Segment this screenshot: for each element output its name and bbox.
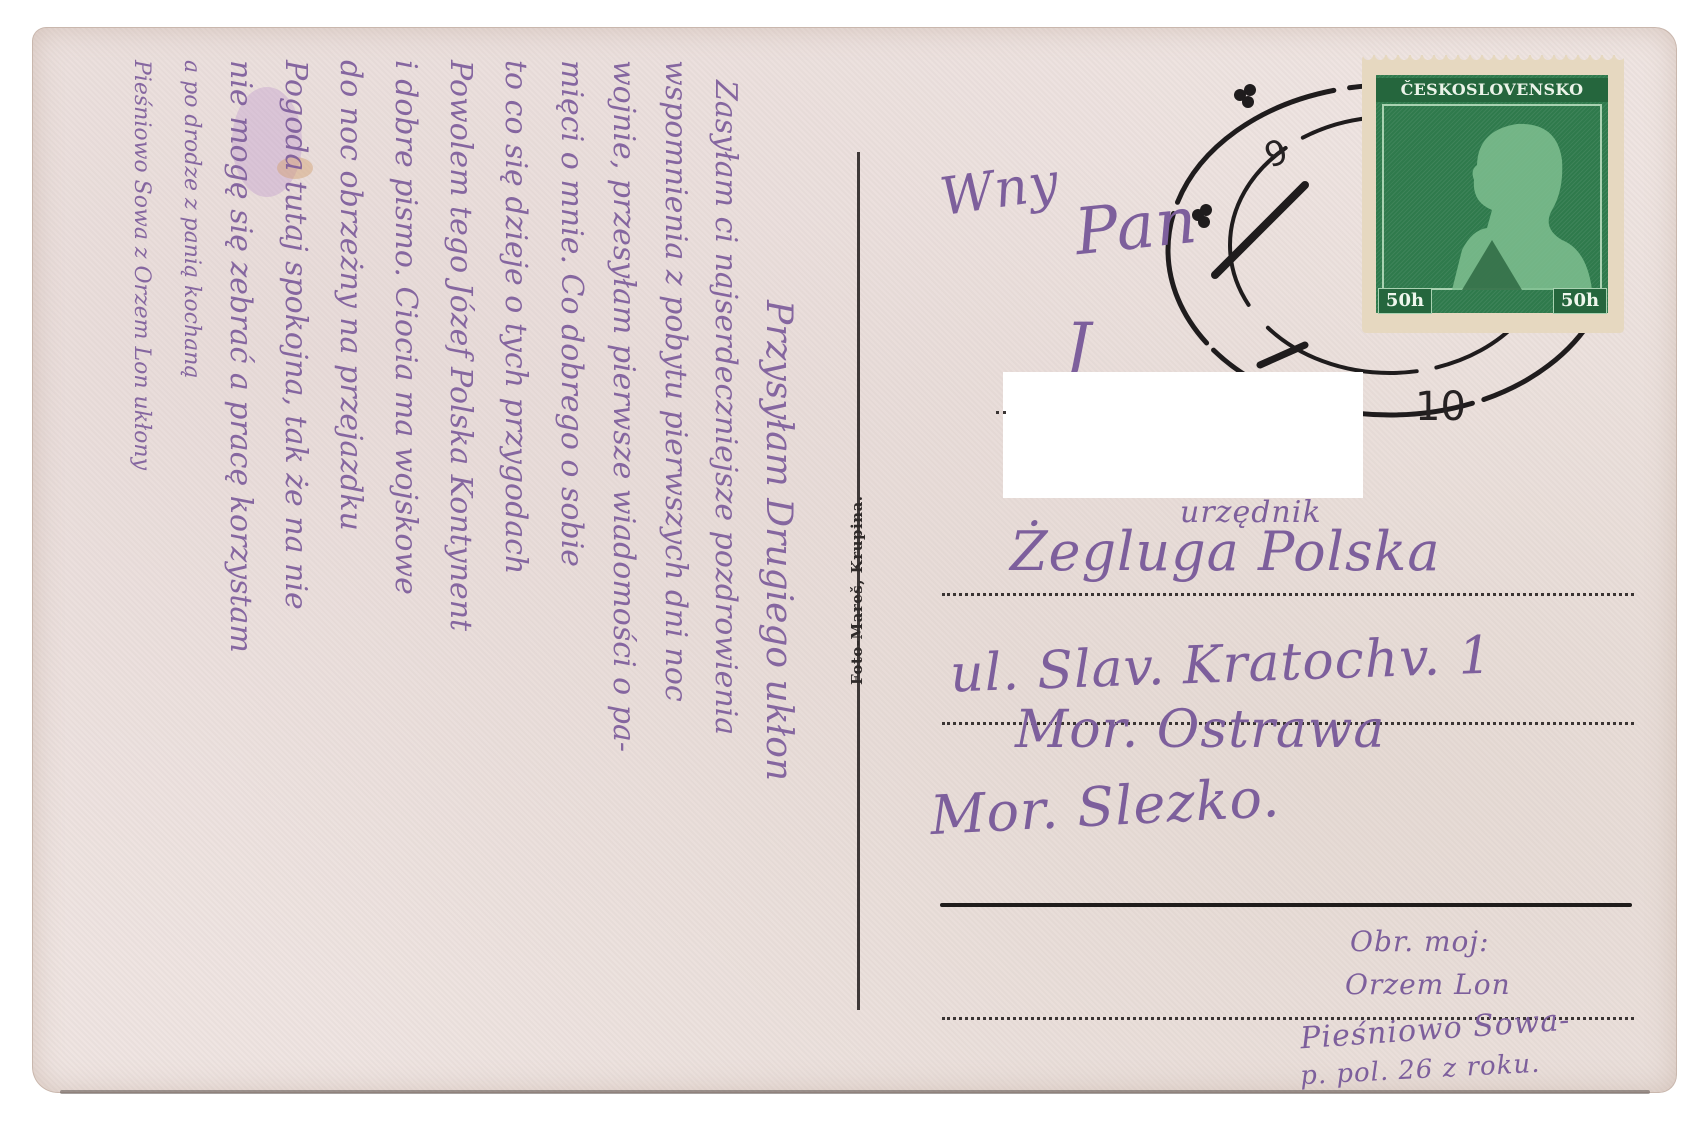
message-column: Przysyłam Drugiego ukłon <box>760 300 796 781</box>
address-dotted-line <box>996 411 1006 414</box>
address-solid-line <box>940 903 1632 907</box>
address-line: Żegluga Polska <box>1010 520 1441 583</box>
card-edge <box>60 1090 1650 1094</box>
svg-text:10: 10 <box>1415 384 1466 430</box>
message-column: nie mogę się zebrać a pracę korzystam <box>225 60 255 653</box>
message-column: a po drodze z panią kochaną <box>180 60 202 379</box>
stamp-value: 50h <box>1553 288 1607 314</box>
printer-credit: Foto-Mareš, Krupina. <box>848 460 872 720</box>
message-column: Zasyłam ci najserdeczniejsze pozdrowieni… <box>710 80 740 735</box>
message-column: wspomnienia z pobytu pierwszych dni noc <box>660 60 690 702</box>
address-line: Pan <box>1071 184 1201 270</box>
redaction-box <box>1003 372 1363 498</box>
stamp-country: ČESKOSLOVENSKO <box>1376 78 1608 102</box>
svg-text:9: 9 <box>1259 131 1293 176</box>
message-column: Pieśniowo Sowa z Orzem Lon ukłony <box>130 60 152 470</box>
portrait-icon <box>1392 110 1598 290</box>
message-column: to co się dzieje o tych przygodach <box>500 60 530 574</box>
address-dotted-line <box>942 593 1634 596</box>
message-column: Pogoda tutaj spokojna, tak że na nie <box>280 60 310 610</box>
sender-line: Orzem Lon <box>1345 968 1511 1001</box>
message-column: i dobre pismo. Ciocia ma wojskowe <box>390 60 420 595</box>
message-column: Powolem tego Józef Polska Kontynent <box>445 60 475 631</box>
address-line: Mor. Ostrawa <box>1015 700 1385 760</box>
message-column: wojnie, przesyłam pierwsze wiadomości o … <box>608 60 638 752</box>
sender-line: Obr. moj: <box>1350 925 1490 958</box>
message-column: do noc obrzeżny na przejazdku <box>335 60 365 531</box>
message-column: mięci o mnie. Co dobrego o sobie <box>556 60 586 567</box>
stamp-value: 50h <box>1378 288 1432 314</box>
